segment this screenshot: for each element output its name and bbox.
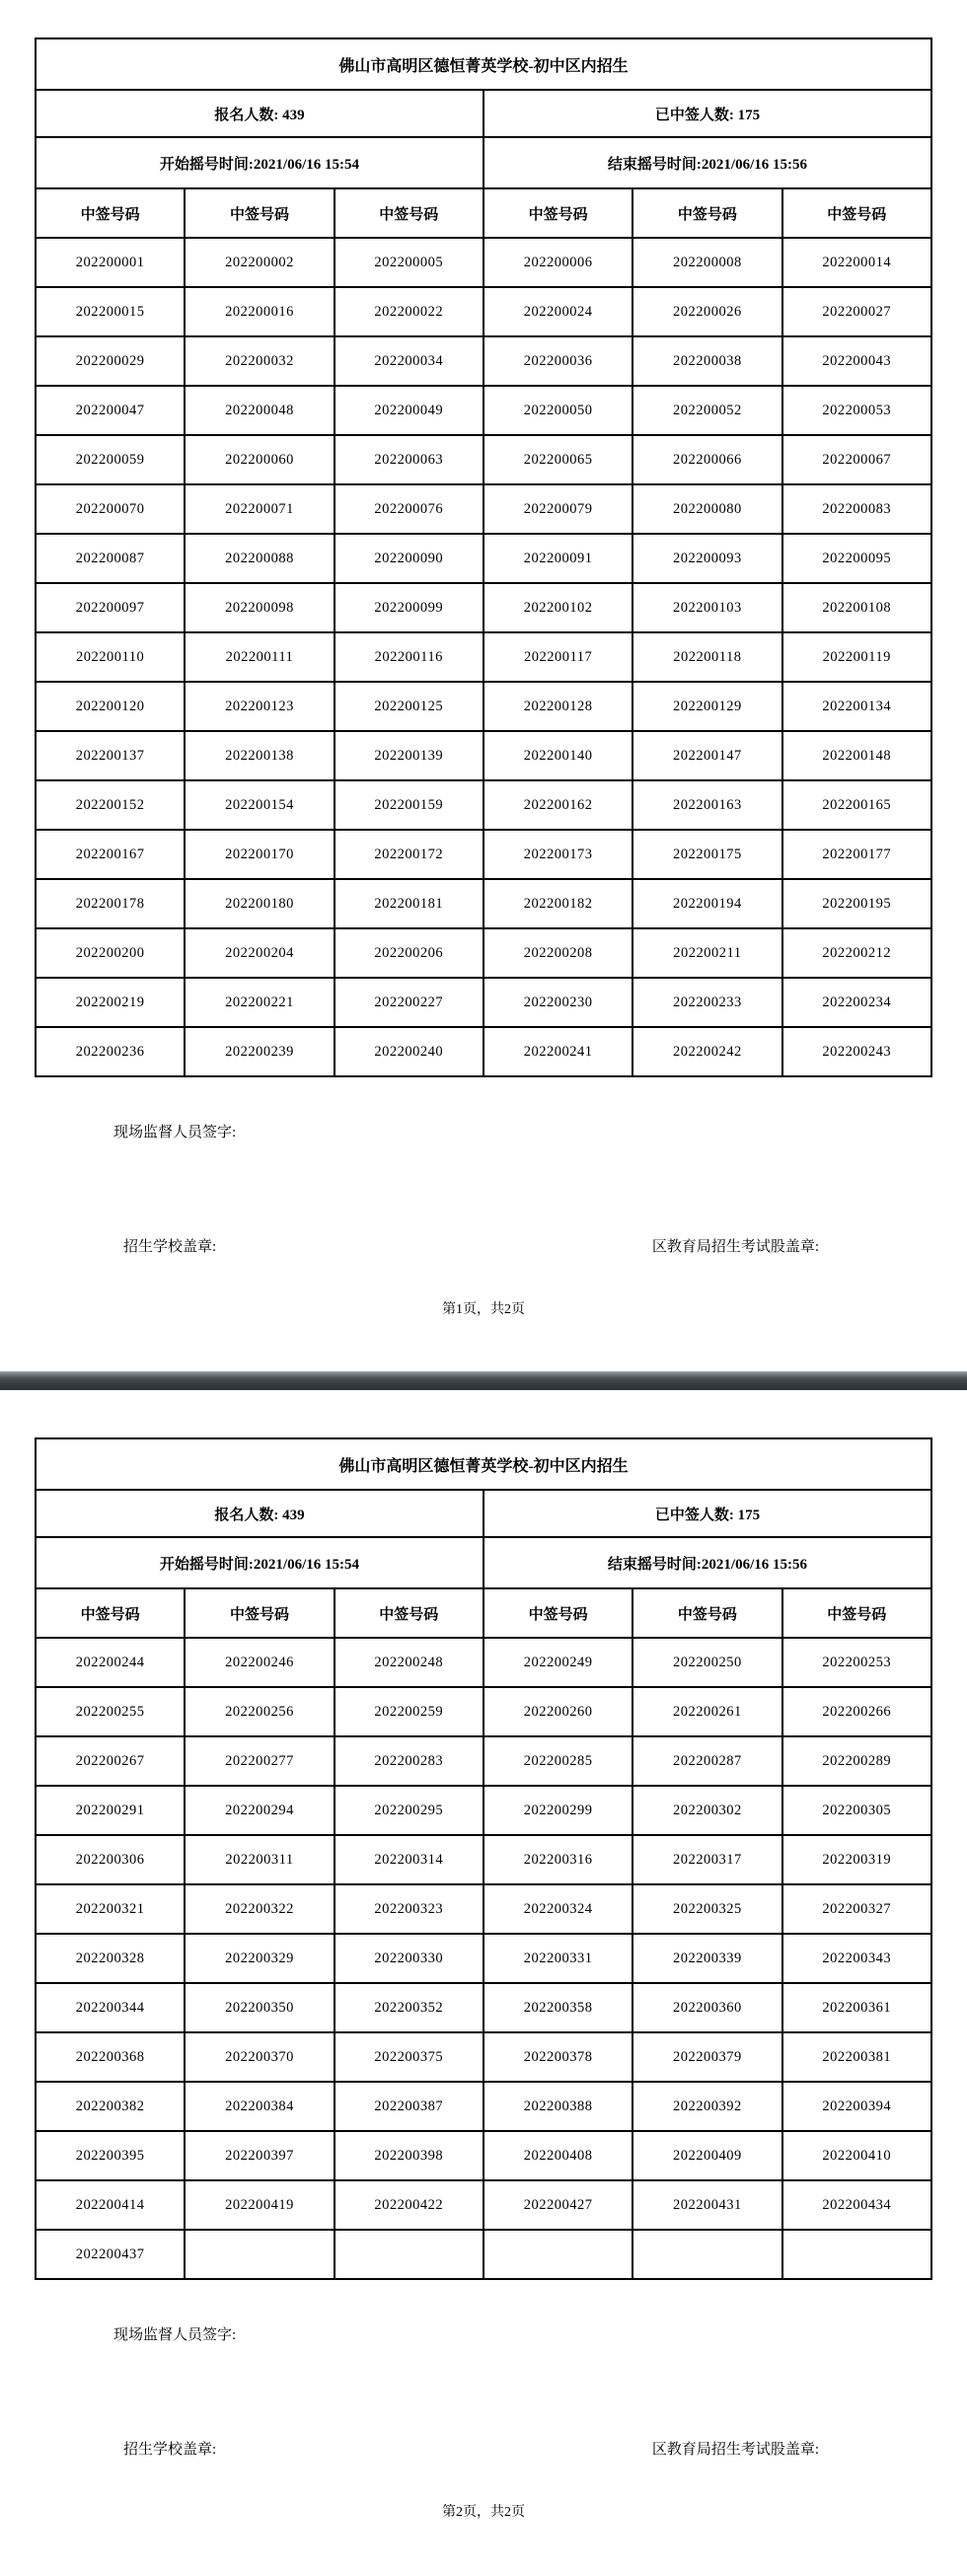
numbers-body-page-2: 2022002442022002462022002482022002492022… xyxy=(36,1638,931,2279)
winning-number-cell: 202200001 xyxy=(36,238,185,287)
winning-number-cell: 202200361 xyxy=(782,1983,931,2032)
winning-number-cell: 202200414 xyxy=(36,2180,185,2230)
winning-number-cell: 202200088 xyxy=(185,534,334,583)
winning-number-cell: 202200177 xyxy=(782,830,931,879)
winning-number-cell: 202200322 xyxy=(185,1884,334,1934)
winning-number-cell: 202200283 xyxy=(335,1736,483,1786)
winning-number-cell: 202200239 xyxy=(185,1027,334,1076)
table-row: 2022003682022003702022003752022003782022… xyxy=(36,2032,931,2082)
winning-number-cell: 202200090 xyxy=(335,534,483,583)
winning-number-cell: 202200392 xyxy=(632,2082,781,2131)
winning-number-cell: 202200234 xyxy=(782,978,931,1027)
title-row: 佛山市高明区德恒菁英学校-初中区内招生 xyxy=(36,38,931,90)
table-row: 2022002362022002392022002402022002412022… xyxy=(36,1027,931,1076)
winning-number-cell: 202200227 xyxy=(335,978,483,1027)
winning-number-cell: 202200059 xyxy=(36,435,185,484)
winning-number-cell: 202200295 xyxy=(335,1786,483,1835)
winning-number-cell: 202200063 xyxy=(335,435,483,484)
winning-number-cell: 202200256 xyxy=(185,1687,334,1736)
winning-number-cell: 202200070 xyxy=(36,484,185,534)
winning-number-cell: 202200005 xyxy=(335,238,483,287)
winning-number-cell: 202200034 xyxy=(335,336,483,386)
winning-number-cell: 202200138 xyxy=(185,731,334,780)
winning-number-cell: 202200014 xyxy=(782,238,931,287)
winning-number-cell: 202200317 xyxy=(632,1835,781,1884)
table-row: 2022000152022000162022000222022000242022… xyxy=(36,287,931,336)
page-divider-bar xyxy=(0,1371,967,1390)
table-row: 2022003282022003292022003302022003312022… xyxy=(36,1934,931,1983)
column-header-row: 中签号码 中签号码 中签号码 中签号码 中签号码 中签号码 xyxy=(36,188,931,238)
winning-number-cell: 202200285 xyxy=(483,1736,632,1786)
winning-number-cell: 202200316 xyxy=(483,1835,632,1884)
table-row: 2022002002022002042022002062022002082022… xyxy=(36,928,931,978)
winning-number-cell: 202200381 xyxy=(782,2032,931,2082)
winning-number-cell: 202200379 xyxy=(632,2032,781,2082)
winning-number-cell: 202200002 xyxy=(185,238,334,287)
winning-number-cell: 202200305 xyxy=(782,1786,931,1835)
winning-number-cell: 202200024 xyxy=(483,287,632,336)
winning-number-cell: 202200095 xyxy=(782,534,931,583)
winning-number-cell: 202200319 xyxy=(782,1835,931,1884)
draw-start-time: 开始摇号时间:2021/06/16 15:54 xyxy=(36,137,483,188)
winning-number-cell: 202200321 xyxy=(36,1884,185,1934)
winning-number-cell: 202200260 xyxy=(483,1687,632,1736)
winning-number-cell: 202200006 xyxy=(483,238,632,287)
winning-number-cell: 202200093 xyxy=(632,534,781,583)
winning-number-cell: 202200261 xyxy=(632,1687,781,1736)
winning-number-cell: 202200422 xyxy=(335,2180,483,2230)
winning-number-cell: 202200022 xyxy=(335,287,483,336)
column-header: 中签号码 xyxy=(335,188,483,238)
winning-number-cell: 202200026 xyxy=(632,287,781,336)
table-row: 2022000592022000602022000632022000652022… xyxy=(36,435,931,484)
bureau-seal-label: 区教育局招生考试股盖章: xyxy=(652,1237,932,1257)
time-row: 开始摇号时间:2021/06/16 15:54 结束摇号时间:2021/06/1… xyxy=(36,1537,931,1588)
title-row: 佛山市高明区德恒菁英学校-初中区内招生 xyxy=(36,1438,931,1490)
winning-number-cell: 202200325 xyxy=(632,1884,781,1934)
winning-number-cell: 202200410 xyxy=(782,2131,931,2180)
winning-number-cell: 202200250 xyxy=(632,1638,781,1687)
page-number: 第1页，共2页 xyxy=(35,1300,932,1320)
supervisor-signature-label: 现场监督人员签字: xyxy=(35,2325,932,2345)
winning-number-cell: 202200047 xyxy=(36,386,185,435)
winning-number-cell: 202200230 xyxy=(483,978,632,1027)
winning-number-cell: 202200080 xyxy=(632,484,781,534)
lottery-table-page-2: 佛山市高明区德恒菁英学校-初中区内招生 报名人数: 439 已中签人数: 175… xyxy=(35,1437,932,2280)
winning-number-cell: 202200139 xyxy=(335,731,483,780)
winning-number-cell: 202200050 xyxy=(483,386,632,435)
column-header: 中签号码 xyxy=(36,1588,185,1638)
winning-number-cell: 202200178 xyxy=(36,879,185,928)
table-row: 2022001672022001702022001722022001732022… xyxy=(36,830,931,879)
winning-number-cell: 202200323 xyxy=(335,1884,483,1934)
document-title: 佛山市高明区德恒菁英学校-初中区内招生 xyxy=(36,1438,931,1490)
winners-count: 已中签人数: 175 xyxy=(483,1490,931,1537)
table-row: 2022000292022000322022000342022000362022… xyxy=(36,336,931,386)
winning-number-cell: 202200091 xyxy=(483,534,632,583)
winning-number-cell: 202200066 xyxy=(632,435,781,484)
seals-line: 招生学校盖章: 区教育局招生考试股盖章: xyxy=(35,2440,932,2460)
winning-number-cell: 202200394 xyxy=(782,2082,931,2131)
winning-number-cell: 202200343 xyxy=(782,1934,931,1983)
winning-number-cell: 202200206 xyxy=(335,928,483,978)
winning-number-cell: 202200267 xyxy=(36,1736,185,1786)
winning-number-cell: 202200087 xyxy=(36,534,185,583)
winning-number-cell: 202200170 xyxy=(185,830,334,879)
stats-row: 报名人数: 439 已中签人数: 175 xyxy=(36,90,931,137)
table-row: 2022000472022000482022000492022000502022… xyxy=(36,386,931,435)
winning-number-cell: 202200289 xyxy=(782,1736,931,1786)
winning-number-cell: 202200060 xyxy=(185,435,334,484)
document-title: 佛山市高明区德恒菁英学校-初中区内招生 xyxy=(36,38,931,90)
winning-number-cell: 202200219 xyxy=(36,978,185,1027)
winning-number-cell: 202200221 xyxy=(185,978,334,1027)
table-row: 202200437 xyxy=(36,2230,931,2279)
winning-number-cell: 202200244 xyxy=(36,1638,185,1687)
time-row: 开始摇号时间:2021/06/16 15:54 结束摇号时间:2021/06/1… xyxy=(36,137,931,188)
winning-number-cell: 202200128 xyxy=(483,682,632,731)
column-header-row: 中签号码 中签号码 中签号码 中签号码 中签号码 中签号码 xyxy=(36,1588,931,1638)
winning-number-cell: 202200097 xyxy=(36,583,185,632)
winning-number-cell: 202200076 xyxy=(335,484,483,534)
page-1: 佛山市高明区德恒菁英学校-初中区内招生 报名人数: 439 已中签人数: 175… xyxy=(0,37,967,1320)
winning-number-cell: 202200195 xyxy=(782,879,931,928)
winning-number-cell: 202200120 xyxy=(36,682,185,731)
winning-number-cell: 202200352 xyxy=(335,1983,483,2032)
winning-number-cell: 202200117 xyxy=(483,632,632,682)
draw-end-time: 结束摇号时间:2021/06/16 15:56 xyxy=(483,1537,931,1588)
column-header: 中签号码 xyxy=(782,1588,931,1638)
winning-number-cell: 202200200 xyxy=(36,928,185,978)
winning-number-cell: 202200211 xyxy=(632,928,781,978)
winning-number-cell: 202200118 xyxy=(632,632,781,682)
winning-number-cell: 202200098 xyxy=(185,583,334,632)
winning-number-cell: 202200134 xyxy=(782,682,931,731)
winning-number-cell: 202200388 xyxy=(483,2082,632,2131)
winning-number-cell: 202200129 xyxy=(632,682,781,731)
column-header: 中签号码 xyxy=(483,1588,632,1638)
table-row: 2022003062022003112022003142022003162022… xyxy=(36,1835,931,1884)
winning-number-cell: 202200154 xyxy=(185,780,334,830)
table-row: 2022003822022003842022003872022003882022… xyxy=(36,2082,931,2131)
winning-number-cell: 202200029 xyxy=(36,336,185,386)
winning-number-cell: 202200140 xyxy=(483,731,632,780)
table-row: 2022001202022001232022001252022001282022… xyxy=(36,682,931,731)
winning-number-cell: 202200299 xyxy=(483,1786,632,1835)
table-row: 2022000702022000712022000762022000792022… xyxy=(36,484,931,534)
winning-number-cell: 202200204 xyxy=(185,928,334,978)
winning-number-cell xyxy=(185,2230,334,2279)
winning-number-cell xyxy=(782,2230,931,2279)
winning-number-cell: 202200116 xyxy=(335,632,483,682)
winning-number-cell: 202200330 xyxy=(335,1934,483,1983)
winning-number-cell: 202200043 xyxy=(782,336,931,386)
winning-number-cell: 202200194 xyxy=(632,879,781,928)
table-row: 2022002912022002942022002952022002992022… xyxy=(36,1786,931,1835)
table-row: 2022003952022003972022003982022004082022… xyxy=(36,2131,931,2180)
winning-number-cell: 202200314 xyxy=(335,1835,483,1884)
winning-number-cell: 202200311 xyxy=(185,1835,334,1884)
winning-number-cell: 202200368 xyxy=(36,2032,185,2082)
winning-number-cell: 202200375 xyxy=(335,2032,483,2082)
winning-number-cell: 202200163 xyxy=(632,780,781,830)
column-header: 中签号码 xyxy=(782,188,931,238)
applicants-count: 报名人数: 439 xyxy=(36,1490,483,1537)
winning-number-cell xyxy=(632,2230,781,2279)
winning-number-cell: 202200233 xyxy=(632,978,781,1027)
winning-number-cell: 202200339 xyxy=(632,1934,781,1983)
draw-start-time: 开始摇号时间:2021/06/16 15:54 xyxy=(36,1537,483,1588)
winning-number-cell: 202200328 xyxy=(36,1934,185,1983)
winning-number-cell: 202200398 xyxy=(335,2131,483,2180)
winning-number-cell: 202200242 xyxy=(632,1027,781,1076)
winning-number-cell: 202200147 xyxy=(632,731,781,780)
winning-number-cell: 202200148 xyxy=(782,731,931,780)
winning-number-cell: 202200437 xyxy=(36,2230,185,2279)
column-header: 中签号码 xyxy=(483,188,632,238)
column-header: 中签号码 xyxy=(335,1588,483,1638)
winning-number-cell: 202200419 xyxy=(185,2180,334,2230)
winning-number-cell: 202200167 xyxy=(36,830,185,879)
school-seal-label: 招生学校盖章: xyxy=(35,2440,216,2460)
page-number: 第2页，共2页 xyxy=(35,2503,932,2544)
page-2: 佛山市高明区德恒菁英学校-初中区内招生 报名人数: 439 已中签人数: 175… xyxy=(0,1437,967,2544)
winning-number-cell: 202200249 xyxy=(483,1638,632,1687)
winning-number-cell: 202200125 xyxy=(335,682,483,731)
table-row: 2022002442022002462022002482022002492022… xyxy=(36,1638,931,1687)
applicants-count: 报名人数: 439 xyxy=(36,90,483,137)
winning-number-cell: 202200049 xyxy=(335,386,483,435)
winning-number-cell: 202200111 xyxy=(185,632,334,682)
winning-number-cell: 202200027 xyxy=(782,287,931,336)
winning-number-cell: 202200008 xyxy=(632,238,781,287)
table-row: 2022001782022001802022001812022001822022… xyxy=(36,879,931,928)
table-row: 2022002552022002562022002592022002602022… xyxy=(36,1687,931,1736)
winning-number-cell: 202200427 xyxy=(483,2180,632,2230)
winning-number-cell: 202200302 xyxy=(632,1786,781,1835)
winning-number-cell: 202200329 xyxy=(185,1934,334,1983)
table-row: 2022002192022002212022002272022002302022… xyxy=(36,978,931,1027)
winning-number-cell: 202200306 xyxy=(36,1835,185,1884)
winning-number-cell: 202200431 xyxy=(632,2180,781,2230)
table-row: 2022003212022003222022003232022003242022… xyxy=(36,1884,931,1934)
winning-number-cell: 202200181 xyxy=(335,879,483,928)
winning-number-cell: 202200108 xyxy=(782,583,931,632)
winning-number-cell: 202200103 xyxy=(632,583,781,632)
winning-number-cell: 202200159 xyxy=(335,780,483,830)
bureau-seal-label: 区教育局招生考试股盖章: xyxy=(652,2440,932,2460)
winning-number-cell xyxy=(335,2230,483,2279)
winning-number-cell: 202200324 xyxy=(483,1884,632,1934)
winning-number-cell: 202200053 xyxy=(782,386,931,435)
winning-number-cell: 202200102 xyxy=(483,583,632,632)
winning-number-cell: 202200240 xyxy=(335,1027,483,1076)
column-header: 中签号码 xyxy=(185,1588,334,1638)
winning-number-cell: 202200162 xyxy=(483,780,632,830)
winning-number-cell xyxy=(483,2230,632,2279)
winning-number-cell: 202200382 xyxy=(36,2082,185,2131)
winning-number-cell: 202200065 xyxy=(483,435,632,484)
winning-number-cell: 202200259 xyxy=(335,1687,483,1736)
winning-number-cell: 202200208 xyxy=(483,928,632,978)
winning-number-cell: 202200032 xyxy=(185,336,334,386)
stats-row: 报名人数: 439 已中签人数: 175 xyxy=(36,1490,931,1537)
school-seal-label: 招生学校盖章: xyxy=(35,1237,216,1257)
winning-number-cell: 202200384 xyxy=(185,2082,334,2131)
column-header: 中签号码 xyxy=(185,188,334,238)
winning-number-cell: 202200180 xyxy=(185,879,334,928)
winning-number-cell: 202200370 xyxy=(185,2032,334,2082)
winning-number-cell: 202200350 xyxy=(185,1983,334,2032)
winning-number-cell: 202200052 xyxy=(632,386,781,435)
winning-number-cell: 202200038 xyxy=(632,336,781,386)
table-row: 2022000012022000022022000052022000062022… xyxy=(36,238,931,287)
winning-number-cell: 202200243 xyxy=(782,1027,931,1076)
winning-number-cell: 202200344 xyxy=(36,1983,185,2032)
winning-number-cell: 202200360 xyxy=(632,1983,781,2032)
winning-number-cell: 202200358 xyxy=(483,1983,632,2032)
table-row: 2022001372022001382022001392022001402022… xyxy=(36,731,931,780)
winning-number-cell: 202200387 xyxy=(335,2082,483,2131)
winning-number-cell: 202200434 xyxy=(782,2180,931,2230)
winning-number-cell: 202200248 xyxy=(335,1638,483,1687)
lottery-table-page-1: 佛山市高明区德恒菁英学校-初中区内招生 报名人数: 439 已中签人数: 175… xyxy=(35,37,932,1077)
winning-number-cell: 202200246 xyxy=(185,1638,334,1687)
winning-number-cell: 202200241 xyxy=(483,1027,632,1076)
column-header: 中签号码 xyxy=(632,188,781,238)
winning-number-cell: 202200182 xyxy=(483,879,632,928)
winning-number-cell: 202200099 xyxy=(335,583,483,632)
winning-number-cell: 202200067 xyxy=(782,435,931,484)
winning-number-cell: 202200110 xyxy=(36,632,185,682)
table-row: 2022001522022001542022001592022001622022… xyxy=(36,780,931,830)
winning-number-cell: 202200123 xyxy=(185,682,334,731)
winning-number-cell: 202200378 xyxy=(483,2032,632,2082)
table-row: 2022002672022002772022002832022002852022… xyxy=(36,1736,931,1786)
table-row: 2022000872022000882022000902022000912022… xyxy=(36,534,931,583)
winning-number-cell: 202200212 xyxy=(782,928,931,978)
lottery-result-document: 佛山市高明区德恒菁英学校-初中区内招生 报名人数: 439 已中签人数: 175… xyxy=(0,37,967,2544)
winning-number-cell: 202200048 xyxy=(185,386,334,435)
winning-number-cell: 202200277 xyxy=(185,1736,334,1786)
column-header: 中签号码 xyxy=(36,188,185,238)
numbers-body-page-1: 2022000012022000022022000052022000062022… xyxy=(36,238,931,1076)
winning-number-cell: 202200408 xyxy=(483,2131,632,2180)
table-row: 2022004142022004192022004222022004272022… xyxy=(36,2180,931,2230)
seals-line: 招生学校盖章: 区教育局招生考试股盖章: xyxy=(35,1237,932,1257)
winning-number-cell: 202200266 xyxy=(782,1687,931,1736)
column-header: 中签号码 xyxy=(632,1588,781,1638)
winning-number-cell: 202200152 xyxy=(36,780,185,830)
winning-number-cell: 202200083 xyxy=(782,484,931,534)
winning-number-cell: 202200287 xyxy=(632,1736,781,1786)
draw-end-time: 结束摇号时间:2021/06/16 15:56 xyxy=(483,137,931,188)
table-row: 2022001102022001112022001162022001172022… xyxy=(36,632,931,682)
winning-number-cell: 202200409 xyxy=(632,2131,781,2180)
winning-number-cell: 202200175 xyxy=(632,830,781,879)
winners-count: 已中签人数: 175 xyxy=(483,90,931,137)
winning-number-cell: 202200255 xyxy=(36,1687,185,1736)
winning-number-cell: 202200173 xyxy=(483,830,632,879)
winning-number-cell: 202200036 xyxy=(483,336,632,386)
winning-number-cell: 202200016 xyxy=(185,287,334,336)
winning-number-cell: 202200327 xyxy=(782,1884,931,1934)
winning-number-cell: 202200331 xyxy=(483,1934,632,1983)
winning-number-cell: 202200137 xyxy=(36,731,185,780)
winning-number-cell: 202200015 xyxy=(36,287,185,336)
winning-number-cell: 202200071 xyxy=(185,484,334,534)
table-row: 2022000972022000982022000992022001022022… xyxy=(36,583,931,632)
supervisor-signature-label: 现场监督人员签字: xyxy=(35,1123,932,1142)
winning-number-cell: 202200079 xyxy=(483,484,632,534)
winning-number-cell: 202200253 xyxy=(782,1638,931,1687)
winning-number-cell: 202200236 xyxy=(36,1027,185,1076)
winning-number-cell: 202200291 xyxy=(36,1786,185,1835)
winning-number-cell: 202200397 xyxy=(185,2131,334,2180)
table-row: 2022003442022003502022003522022003582022… xyxy=(36,1983,931,2032)
winning-number-cell: 202200294 xyxy=(185,1786,334,1835)
winning-number-cell: 202200395 xyxy=(36,2131,185,2180)
winning-number-cell: 202200165 xyxy=(782,780,931,830)
winning-number-cell: 202200119 xyxy=(782,632,931,682)
winning-number-cell: 202200172 xyxy=(335,830,483,879)
